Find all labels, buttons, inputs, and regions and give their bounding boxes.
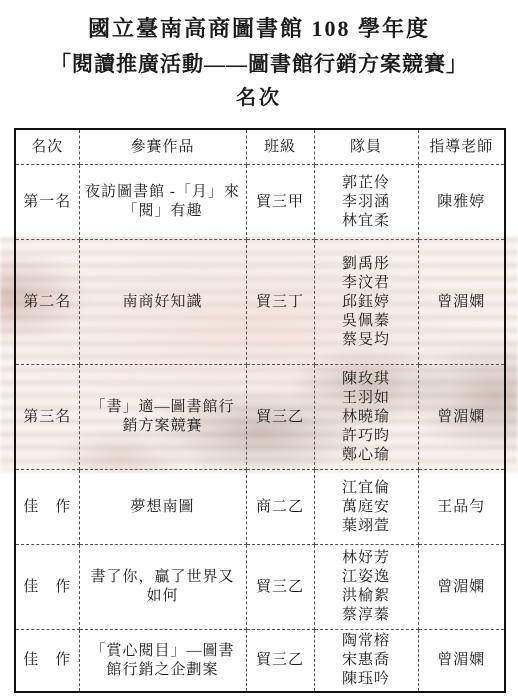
members-cell: 陶常榕宋惠喬陳珏吟 — [314, 630, 418, 693]
table-row: 佳 作 書了你，贏了世界又如何 貿三乙 林妤芳江姿逸洪榆絮蔡淳蓁 曾湄嫻 — [15, 545, 505, 630]
teacher-cell: 王品勻 — [418, 470, 505, 545]
teacher-cell: 曾湄嫻 — [418, 240, 505, 365]
table-row: 第一名 夜訪圖書館 -「月」來「閱」有趣 貿三甲 郭芷伶李羽涵林宜柔 陳雅婷 — [15, 165, 505, 240]
title-line-3: 名次 — [0, 82, 518, 114]
rank-cell: 佳 作 — [15, 630, 79, 693]
class-cell: 貿三乙 — [246, 545, 314, 630]
rank-cell: 第三名 — [15, 365, 79, 470]
entry-cell: 南商好知識 — [79, 240, 246, 365]
rank-cell: 佳 作 — [15, 470, 79, 545]
title-line-2: 「閱讀推廣活動——圖書館行銷方案競賽」 — [0, 46, 518, 82]
class-cell: 商二乙 — [246, 470, 314, 545]
class-cell: 貿三丁 — [246, 240, 314, 365]
title-line-1: 國立臺南高商圖書館 108 學年度 — [0, 12, 518, 46]
teacher-cell: 曾湄嫻 — [418, 365, 505, 470]
results-table: 名次 參賽作品 班級 隊員 指導老師 第一名 夜訪圖書館 -「月」來「閱」有趣 … — [14, 128, 506, 693]
rank-cell: 第二名 — [15, 240, 79, 365]
class-cell: 貿三乙 — [246, 630, 314, 693]
members-cell: 陳玫琪王羽如林曉瑜許巧昀鄭心瑜 — [314, 365, 418, 470]
table-row: 佳 作 夢想南圖 商二乙 江宜倫萬庭安葉翊萱 王品勻 — [15, 470, 505, 545]
teacher-cell: 曾湄嫻 — [418, 545, 505, 630]
class-cell: 貿三乙 — [246, 365, 314, 470]
rank-cell: 佳 作 — [15, 545, 79, 630]
entry-cell: 「書」適—圖書館行銷方案競賽 — [79, 365, 246, 470]
members-cell: 郭芷伶李羽涵林宜柔 — [314, 165, 418, 240]
header-entry: 參賽作品 — [79, 129, 246, 165]
header-rank: 名次 — [15, 129, 79, 165]
header-class: 班級 — [246, 129, 314, 165]
document-title: 國立臺南高商圖書館 108 學年度 「閱讀推廣活動——圖書館行銷方案競賽」 名次 — [0, 12, 518, 114]
table-row: 佳 作 「賞心閱目」—圖書館行銷之企劃案 貿三乙 陶常榕宋惠喬陳珏吟 曾湄嫻 — [15, 630, 505, 693]
members-cell: 江宜倫萬庭安葉翊萱 — [314, 470, 418, 545]
table-header-row: 名次 參賽作品 班級 隊員 指導老師 — [15, 129, 505, 165]
results-table-container: 名次 參賽作品 班級 隊員 指導老師 第一名 夜訪圖書館 -「月」來「閱」有趣 … — [14, 128, 506, 693]
header-teacher: 指導老師 — [418, 129, 505, 165]
teacher-cell: 陳雅婷 — [418, 165, 505, 240]
entry-cell: 書了你，贏了世界又如何 — [79, 545, 246, 630]
table-row: 第三名 「書」適—圖書館行銷方案競賽 貿三乙 陳玫琪王羽如林曉瑜許巧昀鄭心瑜 曾… — [15, 365, 505, 470]
members-cell: 劉禹彤李汶君邱鈺婷吳佩蓁蔡旻均 — [314, 240, 418, 365]
teacher-cell: 曾湄嫻 — [418, 630, 505, 693]
class-cell: 貿三甲 — [246, 165, 314, 240]
members-cell: 林妤芳江姿逸洪榆絮蔡淳蓁 — [314, 545, 418, 630]
entry-cell: 夜訪圖書館 -「月」來「閱」有趣 — [79, 165, 246, 240]
table-row: 第二名 南商好知識 貿三丁 劉禹彤李汶君邱鈺婷吳佩蓁蔡旻均 曾湄嫻 — [15, 240, 505, 365]
header-members: 隊員 — [314, 129, 418, 165]
entry-cell: 夢想南圖 — [79, 470, 246, 545]
entry-cell: 「賞心閱目」—圖書館行銷之企劃案 — [79, 630, 246, 693]
rank-cell: 第一名 — [15, 165, 79, 240]
